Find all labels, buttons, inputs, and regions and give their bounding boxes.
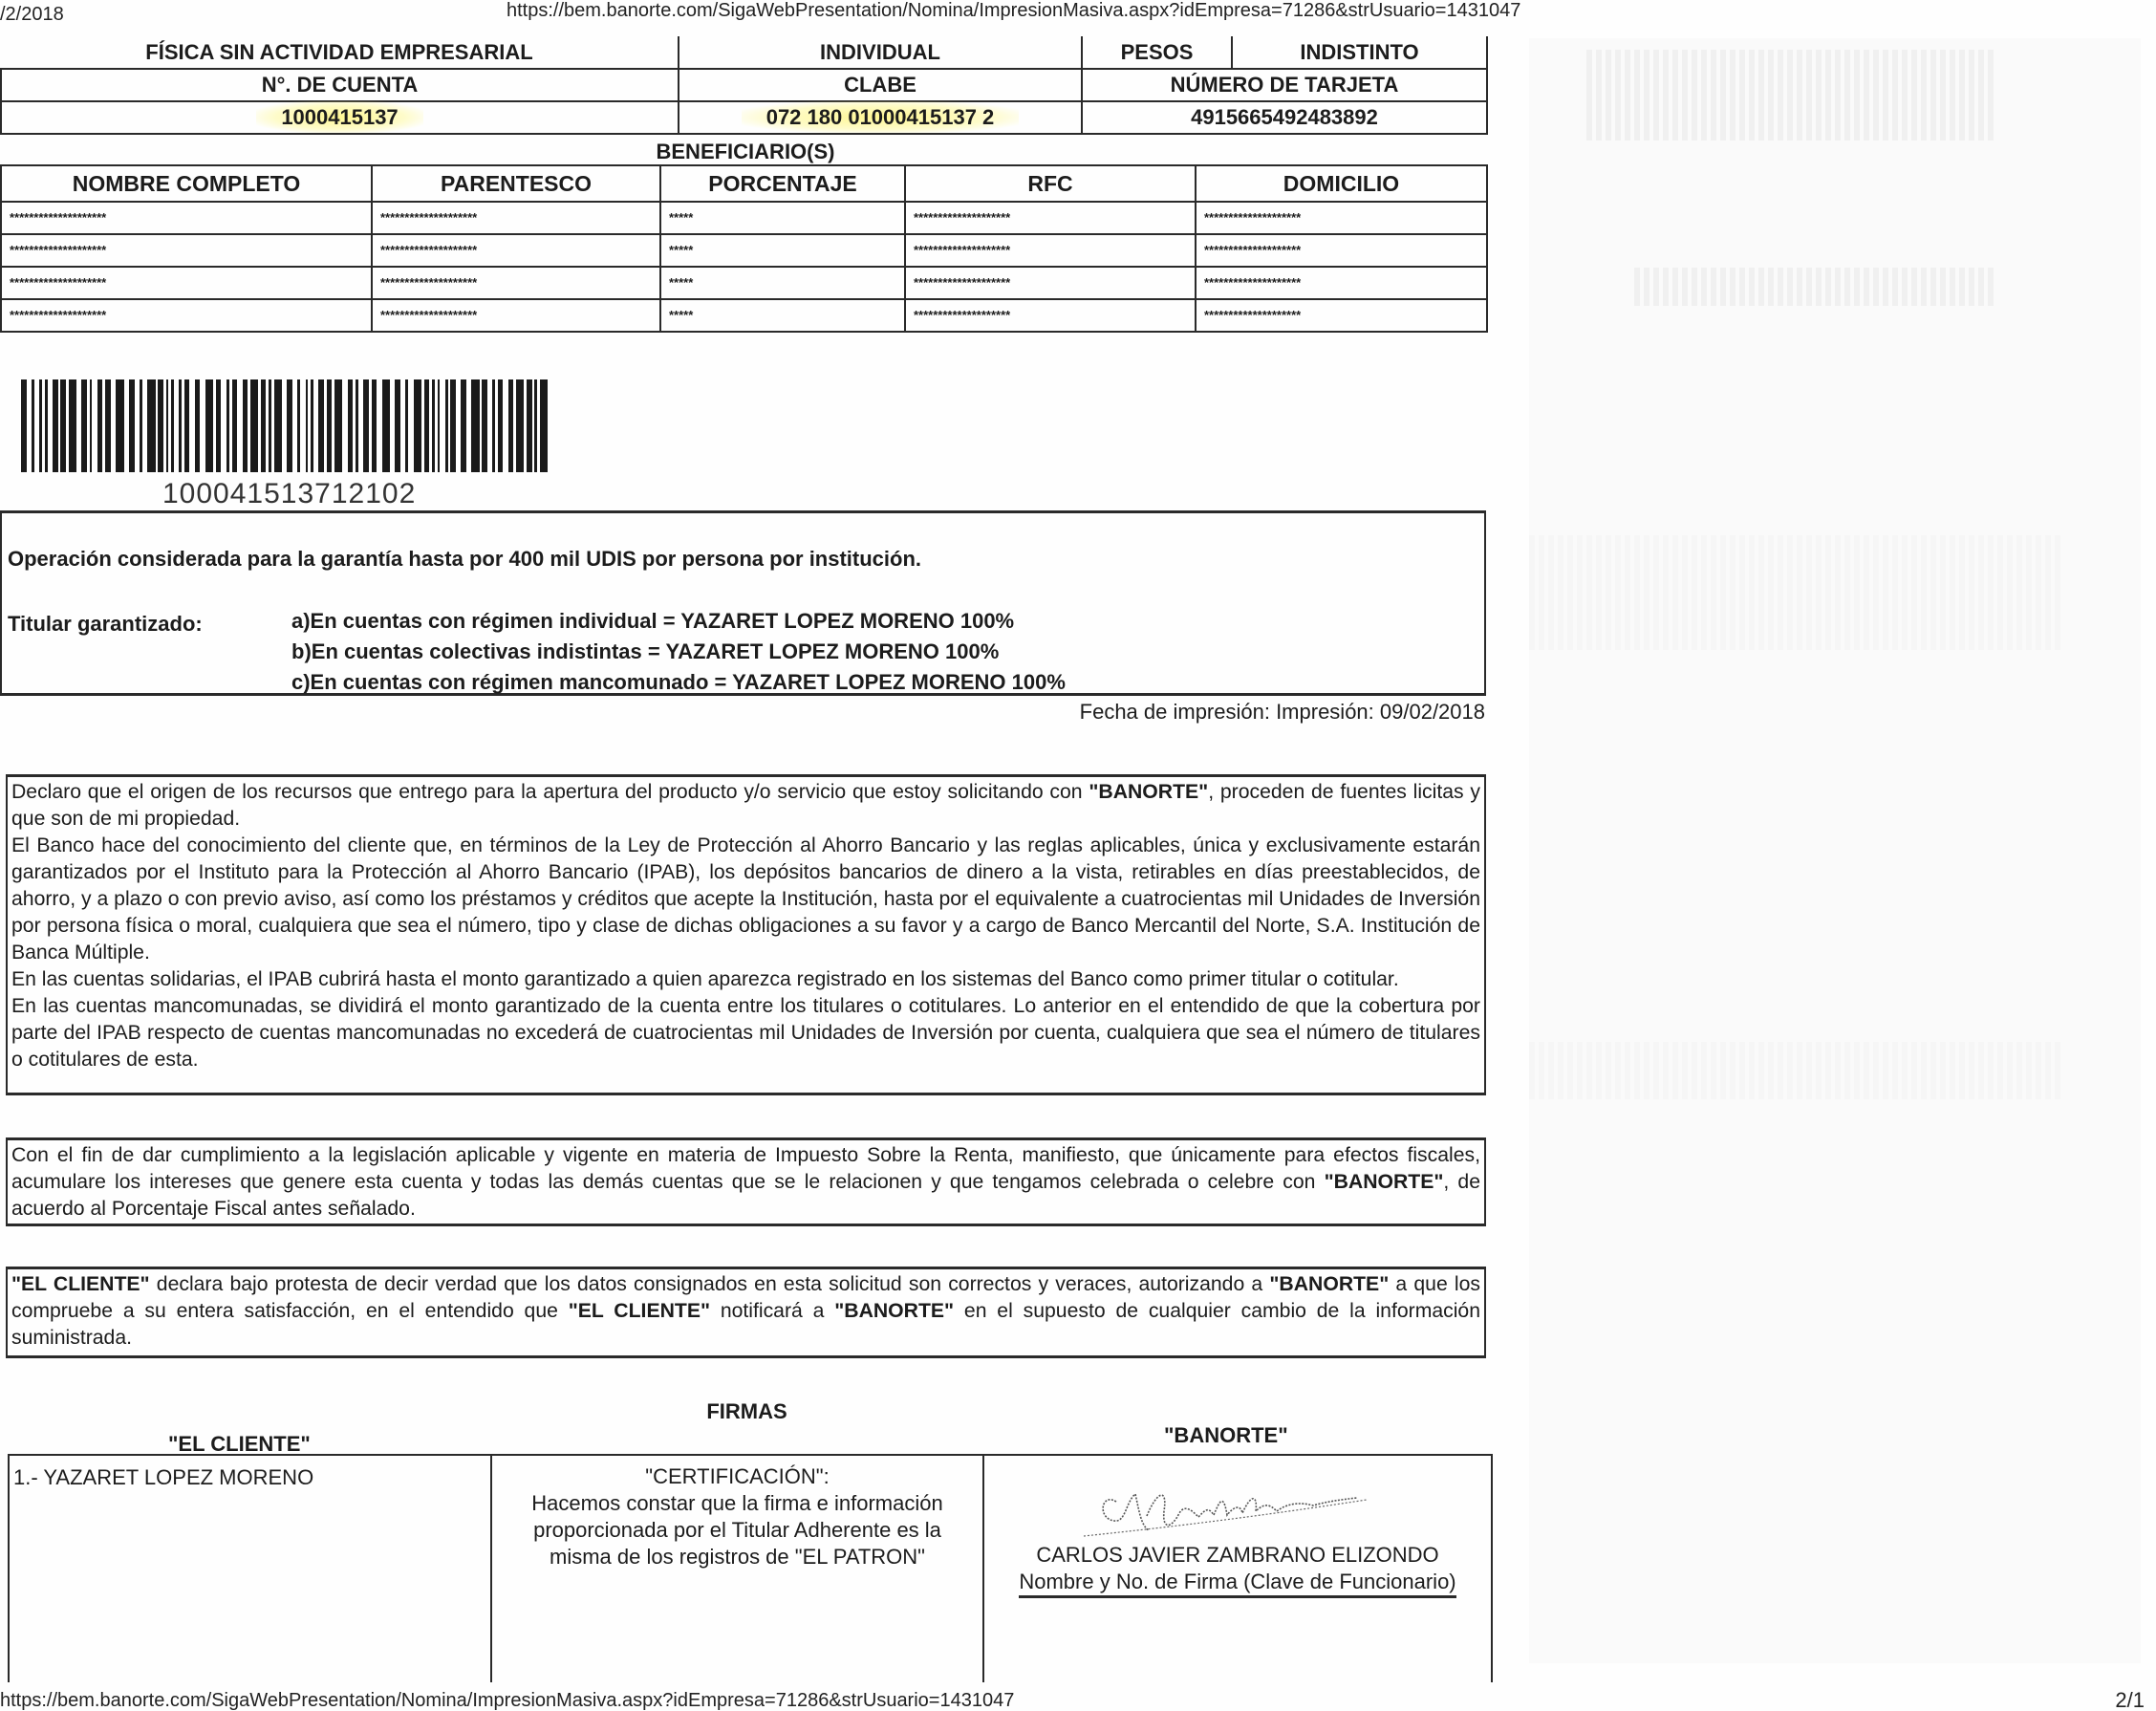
account-headers-row: N°. DE CUENTA CLABE NÚMERO DE TARJETA xyxy=(1,69,1487,101)
client-name: 1.- YAZARET LOPEZ MORENO xyxy=(13,1465,313,1489)
guarantee-box: Operación considerada para la garantía h… xyxy=(0,510,1486,696)
barcode-bar xyxy=(158,379,163,472)
beneficiary-rfc: ******************** xyxy=(905,267,1196,299)
declaration-solidarity: En las cuentas solidarias, el IPAB cubri… xyxy=(11,966,1480,993)
barcode-bar xyxy=(363,379,369,472)
client-bold: "EL CLIENTE" xyxy=(569,1300,710,1322)
beneficiary-address: ******************** xyxy=(1196,202,1487,234)
clabe-header: CLABE xyxy=(679,69,1082,101)
beneficiary-name: ******************** xyxy=(1,299,372,332)
col-header-address: DOMICILIO xyxy=(1196,165,1487,202)
signatures-title: FIRMAS xyxy=(0,1399,1494,1424)
barcode-bar xyxy=(432,379,435,472)
account-signing: INDISTINTO xyxy=(1232,36,1487,69)
bank-officer-caption: Nombre y No. de Firma (Clave de Funciona… xyxy=(1019,1570,1455,1598)
table-row: ******************** *******************… xyxy=(1,267,1487,299)
beneficiary-relationship: ******************** xyxy=(372,234,660,267)
guarantee-operation-text: Operación considerada para la garantía h… xyxy=(8,547,921,572)
barcode-bar xyxy=(438,379,441,472)
beneficiary-relationship: ******************** xyxy=(372,299,660,332)
ghost-logo xyxy=(1634,268,1997,306)
beneficiary-address: ******************** xyxy=(1196,299,1487,332)
barcode-bar xyxy=(21,379,27,472)
table-row: ******************** *******************… xyxy=(1,202,1487,234)
barcode-bar xyxy=(32,379,34,472)
beneficiary-rfc: ******************** xyxy=(905,234,1196,267)
banorte-bold: "BANORTE" xyxy=(834,1300,954,1322)
barcode-bar xyxy=(450,379,456,472)
client-signature-cell: 1.- YAZARET LOPEZ MORENO xyxy=(9,1455,491,1682)
barcode-bar xyxy=(81,379,87,472)
col-header-percentage: PORCENTAJE xyxy=(660,165,905,202)
barcode-bar xyxy=(287,379,292,472)
beneficiary-percentage: ***** xyxy=(660,267,905,299)
clabe-cell: 072 180 01000415137 2 xyxy=(679,101,1082,134)
handwritten-signature-icon xyxy=(1080,1473,1386,1540)
barcode-bar xyxy=(348,379,354,472)
barcode-bar xyxy=(482,379,487,472)
barcode-bar xyxy=(534,379,537,472)
beneficiary-relationship: ******************** xyxy=(372,267,660,299)
barcode-bar xyxy=(306,379,309,472)
barcode-bar xyxy=(60,379,66,472)
barcode-bar xyxy=(179,379,182,472)
declaration-funds-origin: Declaro que el origen de los recursos qu… xyxy=(11,779,1480,833)
barcode-bar xyxy=(147,379,155,472)
barcode-bar xyxy=(508,379,514,472)
declaration-text: Declaro que el origen de los recursos qu… xyxy=(11,781,1089,803)
barcode-bar xyxy=(516,379,524,472)
barcode-bar xyxy=(382,379,390,472)
barcode-bar xyxy=(445,379,448,472)
beneficiary-name: ******************** xyxy=(1,234,372,267)
barcode-bar xyxy=(116,379,123,472)
beneficiaries-table: NOMBRE COMPLETO PARENTESCO PORCENTAJE RF… xyxy=(0,164,1488,333)
guarantee-line-collective: b)En cuentas colectivas indistintas = YA… xyxy=(291,639,999,664)
barcode-bar xyxy=(184,379,190,472)
signatures-table: 1.- YAZARET LOPEZ MORENO "CERTIFICACIÓN"… xyxy=(8,1454,1493,1682)
account-values-row: 1000415137 072 180 01000415137 2 4915665… xyxy=(1,101,1487,134)
barcode-bar xyxy=(327,379,333,472)
isr-box: Con el fin de dar cumplimiento a la legi… xyxy=(6,1137,1486,1226)
client-bold: "EL CLIENTE" xyxy=(11,1273,150,1295)
barcode-bar xyxy=(129,379,135,472)
table-row: ******************** *******************… xyxy=(1,234,1487,267)
barcode-bar xyxy=(140,379,142,472)
barcode-bar xyxy=(261,379,267,472)
declaration-joint: En las cuentas mancomunadas, se dividirá… xyxy=(11,993,1480,1073)
barcode-bar xyxy=(540,379,548,472)
print-header-date: /2/2018 xyxy=(0,4,64,26)
barcode-bar xyxy=(372,379,377,472)
card-number-header: NÚMERO DE TARJETA xyxy=(1082,69,1487,101)
account-type-row: FÍSICA SIN ACTIVIDAD EMPRESARIAL INDIVID… xyxy=(1,36,1487,69)
barcode-bar xyxy=(318,379,324,472)
certification-cell: "CERTIFICACIÓN": Hacemos constar que la … xyxy=(491,1455,983,1682)
ghost-table-2 xyxy=(1529,1042,2064,1099)
bank-signature-header: "BANORTE" xyxy=(1164,1423,1288,1448)
client-statement-part: declara bajo protesta de decir verdad qu… xyxy=(150,1273,1270,1295)
barcode-bar xyxy=(195,379,201,472)
beneficiary-percentage: ***** xyxy=(660,299,905,332)
barcode-bar xyxy=(297,379,300,472)
beneficiaries-header-row: NOMBRE COMPLETO PARENTESCO PORCENTAJE RF… xyxy=(1,165,1487,202)
barcode-bar xyxy=(105,379,111,472)
barcode-bar xyxy=(232,379,238,472)
certification-line: Hacemos constar que la firma e informaci… xyxy=(492,1490,982,1517)
beneficiary-rfc: ******************** xyxy=(905,202,1196,234)
barcode-bar xyxy=(492,379,495,472)
beneficiary-name: ******************** xyxy=(1,202,372,234)
barcode-bar xyxy=(205,379,213,472)
account-number-header: N°. DE CUENTA xyxy=(1,69,679,101)
signatures-row: 1.- YAZARET LOPEZ MORENO "CERTIFICACIÓN"… xyxy=(9,1455,1492,1682)
beneficiary-rfc: ******************** xyxy=(905,299,1196,332)
barcode-bar xyxy=(356,379,358,472)
barcode-bar xyxy=(166,379,169,472)
certification-title: "CERTIFICACIÓN": xyxy=(492,1463,982,1490)
declaration-box: Declaro que el origen de los recursos qu… xyxy=(6,774,1486,1095)
isr-text: Con el fin de dar cumplimiento a la legi… xyxy=(11,1142,1480,1223)
barcode-bar xyxy=(97,379,103,472)
declaration-ipab: El Banco hace del conocimiento del clien… xyxy=(11,833,1480,966)
guaranteed-holder-label: Titular garantizado: xyxy=(8,612,203,637)
ghost-barcode xyxy=(1586,50,1997,141)
client-statement-part: notificará a xyxy=(710,1300,834,1322)
barcode-bar xyxy=(269,379,271,472)
print-header-url: https://bem.banorte.com/SigaWebPresentat… xyxy=(507,0,1520,22)
banorte-bold: "BANORTE" xyxy=(1089,781,1208,803)
barcode-bar xyxy=(334,379,342,472)
clabe-value: 072 180 01000415137 2 xyxy=(742,101,1020,133)
account-regime: INDIVIDUAL xyxy=(679,36,1082,69)
barcode-bar xyxy=(69,379,76,472)
beneficiary-relationship: ******************** xyxy=(372,202,660,234)
barcode-bar xyxy=(216,379,222,472)
bleed-through-area xyxy=(1529,38,2141,1663)
barcode-bar xyxy=(250,379,258,472)
barcode-bar xyxy=(274,379,282,472)
barcode-number: 100041513712102 xyxy=(162,478,416,510)
client-statement-text: "EL CLIENTE" declara bajo protesta de de… xyxy=(11,1271,1480,1352)
beneficiary-address: ******************** xyxy=(1196,234,1487,267)
beneficiary-address: ******************** xyxy=(1196,267,1487,299)
client-statement-box: "EL CLIENTE" declara bajo protesta de de… xyxy=(6,1267,1486,1358)
barcode-bar xyxy=(527,379,532,472)
col-header-relationship: PARENTESCO xyxy=(372,165,660,202)
barcode-bar xyxy=(311,379,313,472)
isr-text-part: Con el fin de dar cumplimiento a la legi… xyxy=(11,1144,1480,1193)
banorte-bold: "BANORTE" xyxy=(1325,1171,1444,1193)
barcode-bar xyxy=(498,379,504,472)
beneficiary-name: ******************** xyxy=(1,267,372,299)
barcode-bar xyxy=(405,379,408,472)
guarantee-line-individual: a)En cuentas con régimen individual = YA… xyxy=(291,609,1014,634)
barcode-bar xyxy=(424,379,430,472)
barcode-bar xyxy=(90,379,93,472)
print-date: Fecha de impresión: Impresión: 09/02/201… xyxy=(1080,700,1485,725)
print-footer-url: https://bem.banorte.com/SigaWebPresentat… xyxy=(0,1690,1014,1711)
page-number: 2/1 xyxy=(2115,1688,2145,1711)
bank-officer-block: CARLOS JAVIER ZAMBRANO ELIZONDO Nombre y… xyxy=(984,1542,1491,1595)
beneficiaries-title: BENEFICIARIO(S) xyxy=(0,140,1491,164)
col-header-rfc: RFC xyxy=(905,165,1196,202)
person-type: FÍSICA SIN ACTIVIDAD EMPRESARIAL xyxy=(1,36,679,69)
barcode-bar xyxy=(39,379,42,472)
col-header-name: NOMBRE COMPLETO xyxy=(1,165,372,202)
certification-line: proporcionada por el Titular Adherente e… xyxy=(492,1517,982,1544)
account-info-table: FÍSICA SIN ACTIVIDAD EMPRESARIAL INDIVID… xyxy=(0,36,1488,135)
bank-officer-name: CARLOS JAVIER ZAMBRANO ELIZONDO xyxy=(984,1542,1491,1569)
barcode-bar xyxy=(45,379,48,472)
barcode-bar xyxy=(471,379,479,472)
barcode-bar xyxy=(171,379,174,472)
barcode-bar xyxy=(461,379,466,472)
account-number-cell: 1000415137 xyxy=(1,101,679,134)
banorte-bold: "BANORTE" xyxy=(1269,1273,1389,1295)
account-currency: PESOS xyxy=(1082,36,1232,69)
beneficiary-percentage: ***** xyxy=(660,234,905,267)
account-number-value: 1000415137 xyxy=(256,101,422,133)
bank-signature-cell: CARLOS JAVIER ZAMBRANO ELIZONDO Nombre y… xyxy=(983,1455,1492,1682)
table-row: ******************** *******************… xyxy=(1,299,1487,332)
barcode-bar xyxy=(226,379,229,472)
barcode-bar xyxy=(53,379,58,472)
barcode-bar xyxy=(243,379,248,472)
guarantee-line-joint: c)En cuentas con régimen mancomunado = Y… xyxy=(291,670,1066,695)
certification-line: misma de los registros de "EL PATRON" xyxy=(492,1544,982,1570)
barcode-bar xyxy=(395,379,400,472)
barcode-bar xyxy=(414,379,421,472)
ghost-table xyxy=(1529,535,2064,650)
card-number-value: 4915665492483892 xyxy=(1082,101,1487,134)
barcode-image xyxy=(21,379,554,472)
beneficiary-percentage: ***** xyxy=(660,202,905,234)
